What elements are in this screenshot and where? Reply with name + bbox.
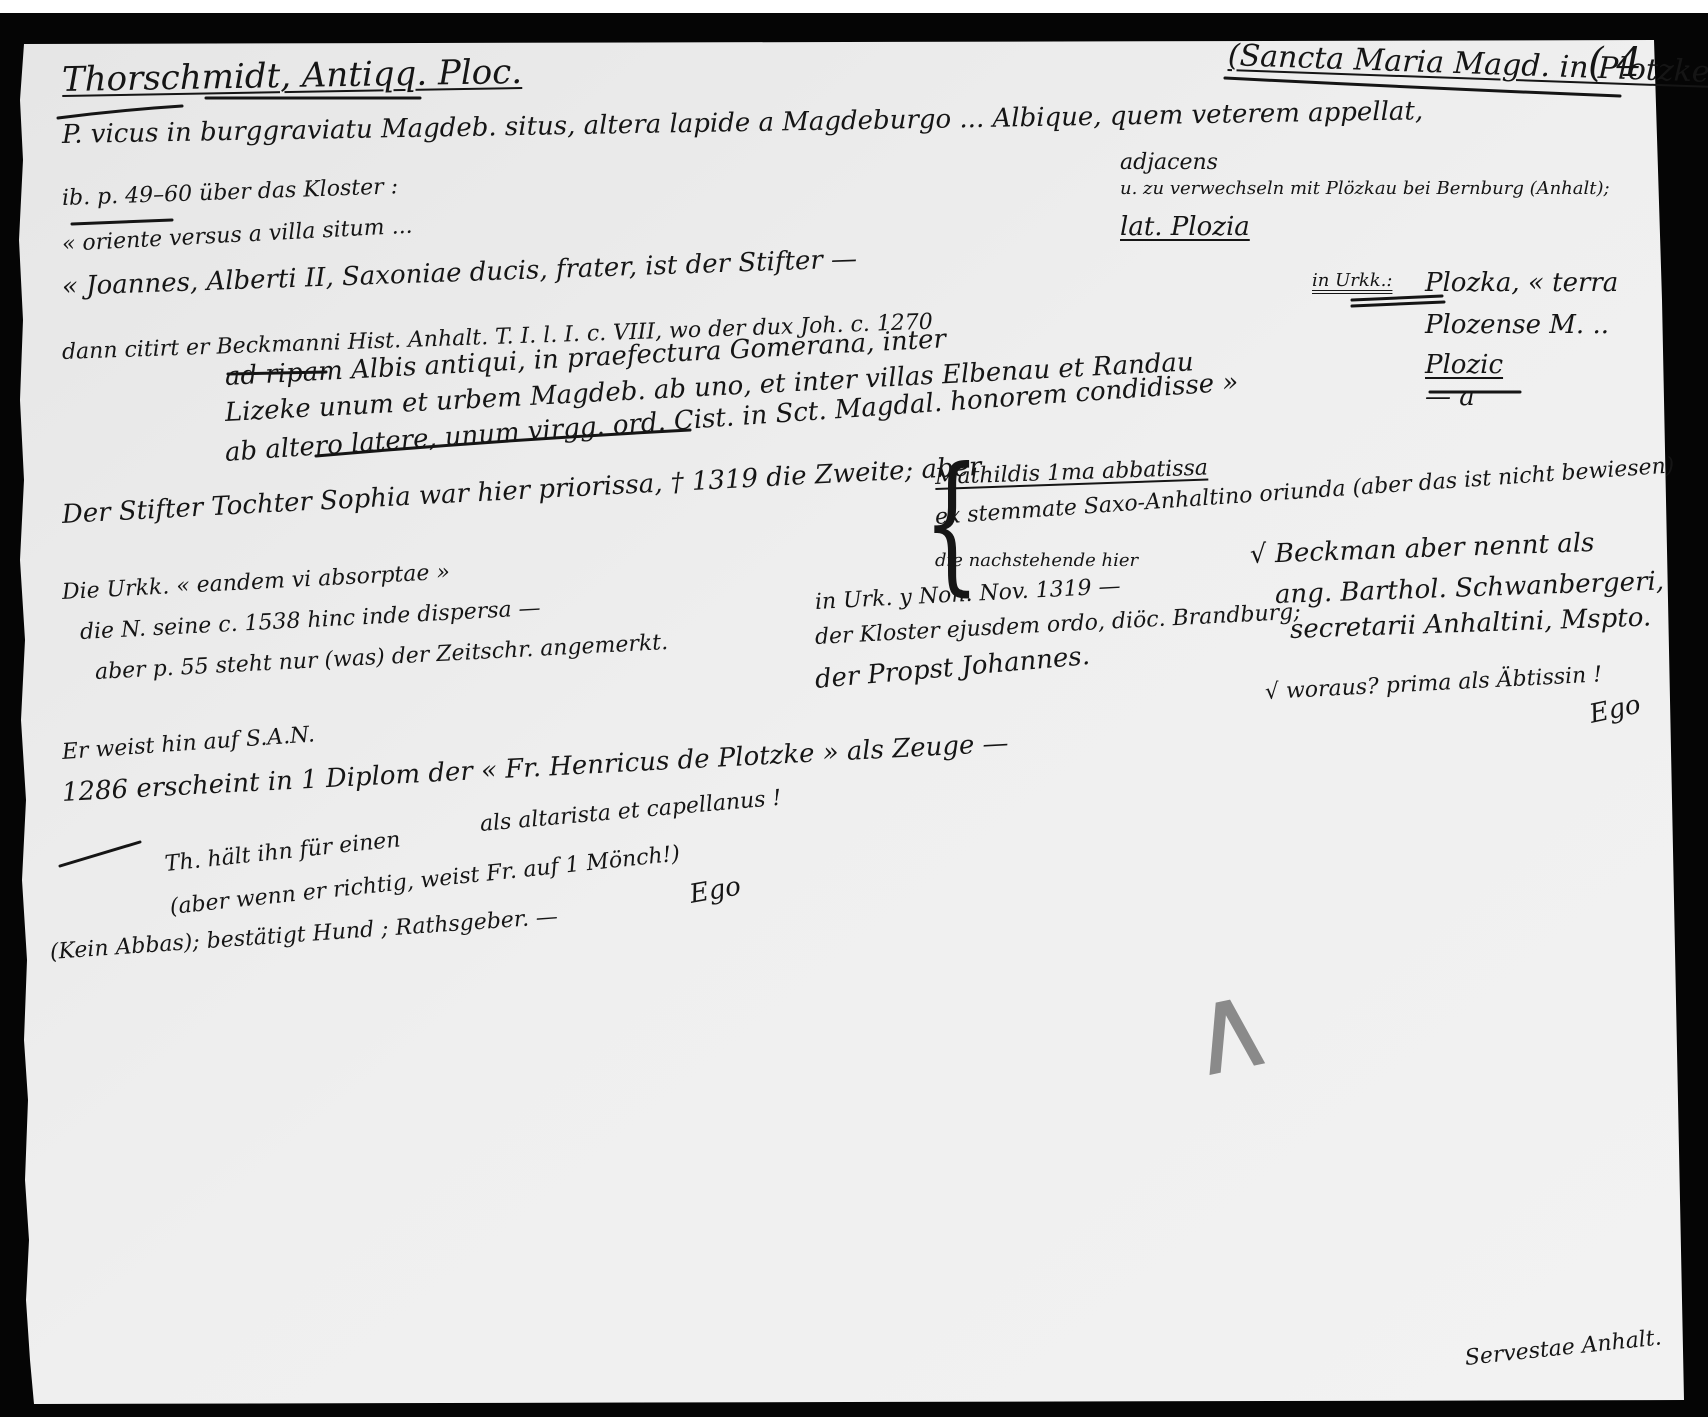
- paper-sheet: [0, 0, 1708, 1417]
- margin-line-c-label: in Urkk.:: [1312, 270, 1392, 291]
- margin-line-d: Plozense M. ..: [1425, 310, 1609, 340]
- margin-line-c: Plozka, « terra: [1425, 268, 1618, 298]
- margin-line-a: u. zu verwechseln mit Plözkau bei Bernbu…: [1120, 178, 1610, 199]
- margin-line-b: lat. Plozia: [1120, 212, 1250, 242]
- margin-line-e: Plozic: [1425, 350, 1503, 380]
- page-number: ( 4: [1588, 40, 1642, 86]
- line-9c: die nachstehende hier: [935, 550, 1138, 571]
- line-1b: adjacens: [1120, 150, 1218, 175]
- heading-left: Thorschmidt, Antiqq. Ploc.: [62, 52, 523, 100]
- margin-line-f: — a: [1425, 382, 1475, 412]
